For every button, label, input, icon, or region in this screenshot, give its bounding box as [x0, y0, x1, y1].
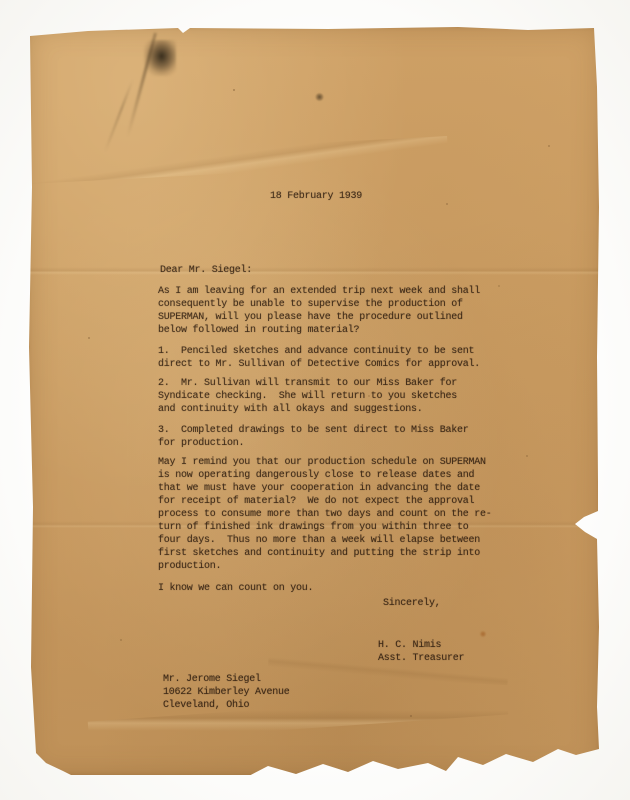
paper-speckles [28, 27, 30, 29]
paragraph-count-on-you: I know we can count on you. [158, 582, 313, 595]
recipient-address: Mr. Jerome Siegel 10622 Kimberley Avenue… [163, 673, 290, 712]
paragraph-intro: As I am leaving for an extended trip nex… [158, 285, 480, 337]
paragraph-item-1: 1. Penciled sketches and advance continu… [158, 345, 480, 371]
paragraph-item-2: 2. Mr. Sullivan will transmit to our Mis… [158, 377, 457, 416]
scan-background: 18 February 1939 Dear Mr. Siegel: As I a… [0, 0, 630, 800]
signature-name: H. C. Nimis [378, 639, 441, 652]
date-line: 18 February 1939 [270, 190, 362, 203]
paragraph-schedule-reminder: May I remind you that our production sch… [158, 456, 492, 573]
closing-sincerely: Sincerely, [383, 597, 441, 610]
ink-spot-stain [315, 93, 324, 101]
salutation: Dear Mr. Siegel: [160, 264, 252, 277]
letter-paper: 18 February 1939 Dear Mr. Siegel: As I a… [28, 27, 600, 775]
ink-streak-stain [104, 79, 134, 153]
rust-spot-stain [480, 631, 486, 637]
paragraph-item-3: 3. Completed drawings to be sent direct … [158, 424, 469, 450]
paper-crease [28, 267, 600, 275]
paper-crease [28, 136, 449, 184]
paper-crease [88, 692, 509, 743]
signature-title: Asst. Treasurer [378, 652, 464, 665]
